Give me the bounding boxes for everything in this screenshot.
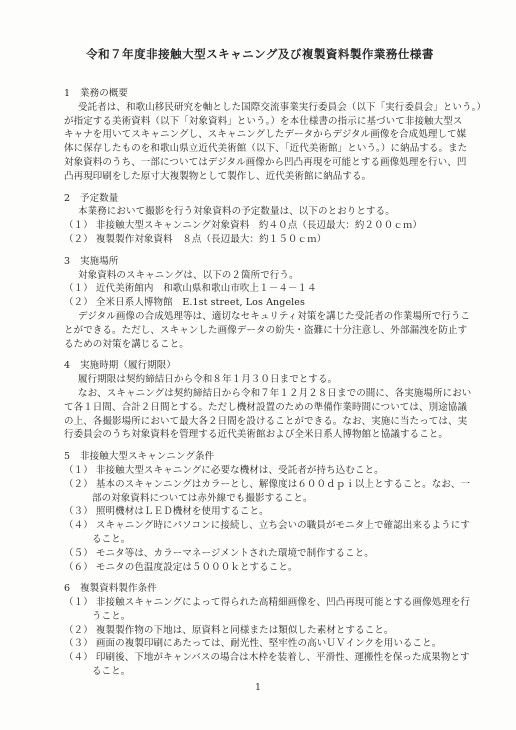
doc-line: 凸再現印刷をした原寸大複製物として製作し、近代美術館に納品する。 (64, 170, 456, 184)
doc-line: （１） 近代美術館内 和歌山県和歌山市吹上１－４－１４ (64, 282, 456, 296)
page-number: 1 (0, 682, 516, 694)
section-2: 2予定数量 本業務において撮影を行う対象資料の予定数量は、以下のとおりとする。 … (64, 192, 456, 247)
doc-line: 本業務において撮影を行う対象資料の予定数量は、以下のとおりとする。 (78, 205, 456, 219)
doc-line: （４） スキャニング時にパソコンに接続し、立ち会いの職員がモニタ上で確認出来るよ… (64, 519, 456, 533)
section-number: 4 (64, 359, 80, 373)
doc-line: 体に保存したものを和歌山県立近代美術館（以下、「近代美術館」という。）に納品する… (64, 142, 456, 156)
doc-line: （３） 画面の複製印刷にあたっては、耐光性、堅牢性の高いＵＶインクを用いること。 (64, 637, 456, 651)
doc-line: デジタル画像の合成処理等は、適切なセキュリティ対策を講じた受託者の作業場所で行う… (78, 310, 456, 324)
document-content: 令和７年度非接触大型スキャニング及び複製資料製作業務仕様書 1業務の概要 受託者… (64, 46, 456, 687)
doc-line: （２） 全米日系人博物館 E.1st street, Los Angeles (64, 296, 456, 310)
section-number: 1 (64, 87, 80, 101)
document-page: 令和７年度非接触大型スキャニング及び複製資料製作業務仕様書 1業務の概要 受託者… (0, 0, 516, 730)
section-3: 3実施場所 対象資料のスキャニングは、以下の２箇所で行う。 （１） 近代美術館内… (64, 255, 456, 352)
section-heading: 4実施時期（履行期限） (64, 359, 456, 373)
section-title: 実施時期（履行期限） (80, 360, 176, 371)
doc-line: （５） モニタ等は、カラーマネージメントされた環境で制作すること。 (64, 547, 456, 561)
doc-line: 部の対象資料については赤外線でも撮影すること。 (92, 492, 456, 506)
section-number: 6 (64, 582, 80, 596)
section-heading: 5非接触大型スキャンニング条件 (64, 450, 456, 464)
doc-line: るための対策を講じること。 (64, 338, 456, 352)
doc-line: が指定する美術資料（以下「対象資料」という。）を本仕様書の指示に基づいて非接触大… (64, 115, 456, 129)
section-heading: 6複製資料製作条件 (64, 582, 456, 596)
section-number: 3 (64, 255, 80, 269)
doc-line: キャナを用いてスキャニングし、スキャニングしたデータからデジタル画像を合成処理し… (64, 128, 456, 142)
doc-line: （２） 複製製作対象資料 ８点（長辺最大：約１５０ｃｍ） (64, 233, 456, 247)
doc-line: 対象資料のスキャニングは、以下の２箇所で行う。 (78, 269, 456, 283)
doc-line: なお、スキャニングは契約締結日から令和７年１２月２８日までの間に、各実施場所にお… (78, 387, 456, 401)
section-number: 2 (64, 192, 80, 206)
doc-line: て各１日間、合計２日間とする。ただし機材設置のための準備作業時間については、別途… (64, 401, 456, 415)
doc-line: （２） 複製製作物の下地は、原資料と同様または類似した素材とすること。 (64, 624, 456, 638)
doc-line: （１） 非接触スキャニングによって得られた高精細画像を、凹凸再現可能とする画像処… (64, 596, 456, 610)
doc-line: の上、各撮影場所において最大各２日間を設けることができる。なお、実施に当たっては… (64, 415, 456, 429)
doc-line: 履行期限は契約締結日から令和８年１月３０日までとする。 (78, 373, 456, 387)
section-title: 業務の概要 (80, 88, 128, 99)
doc-line: （１） 非接触大型スキャニングに必要な機材は、受託者が持ち込むこと。 (64, 464, 456, 478)
section-title: 予定数量 (80, 193, 118, 204)
section-heading: 1業務の概要 (64, 87, 456, 101)
section-number: 5 (64, 450, 80, 464)
document-title: 令和７年度非接触大型スキャニング及び複製資料製作業務仕様書 (64, 46, 456, 62)
section-title: 非接触大型スキャンニング条件 (80, 451, 214, 462)
doc-line: （６） モニタの色温度設定は５０００ｋとすること。 (64, 561, 456, 575)
section-5: 5非接触大型スキャンニング条件 （１） 非接触大型スキャニングに必要な機材は、受… (64, 450, 456, 574)
section-heading: 3実施場所 (64, 255, 456, 269)
doc-line: ること。 (92, 665, 456, 679)
doc-line: 対象資料のうち、一部についてはデジタル画像から凹凸再現を可能とする画像処理を行い… (64, 156, 456, 170)
doc-line: （３） 照明機材はＬＥＤ機材を使用すること。 (64, 505, 456, 519)
section-title: 実施場所 (80, 256, 118, 267)
section-6: 6複製資料製作条件 （１） 非接触スキャニングによって得られた高精細画像を、凹凸… (64, 582, 456, 679)
section-1: 1業務の概要 受託者は、和歌山移民研究を軸とした国際交流事業実行委員会（以下「実… (64, 87, 456, 184)
section-title: 複製資料製作条件 (80, 583, 157, 594)
doc-line: （４） 印刷後、下地がキャンバスの場合は木枠を装着し、平滑性、運搬性を保った成果… (64, 651, 456, 665)
section-4: 4実施時期（履行期限） 履行期限は契約締結日から令和８年１月３０日までとする。 … (64, 359, 456, 442)
doc-line: （２） 基本のスキャンニングはカラーとし、解像度は６００ｄｐｉ以上とすること。な… (64, 478, 456, 492)
doc-line: うこと。 (92, 610, 456, 624)
doc-line: 受託者は、和歌山移民研究を軸とした国際交流事業実行委員会（以下「実行委員会」とい… (78, 101, 456, 115)
doc-line: とができる。ただし、スキャンした画像データの紛失・盗難に十分注意し、外部漏洩を防… (64, 324, 456, 338)
doc-line: 行委員会のうち対象資料を管理する近代美術館および全米日系人博物館と協議すること。 (64, 428, 456, 442)
doc-line: （１） 非接触大型スキャンニング対象資料 約４０点（長辺最大：約２００ｃｍ） (64, 219, 456, 233)
section-heading: 2予定数量 (64, 192, 456, 206)
doc-line: ること。 (92, 533, 456, 547)
